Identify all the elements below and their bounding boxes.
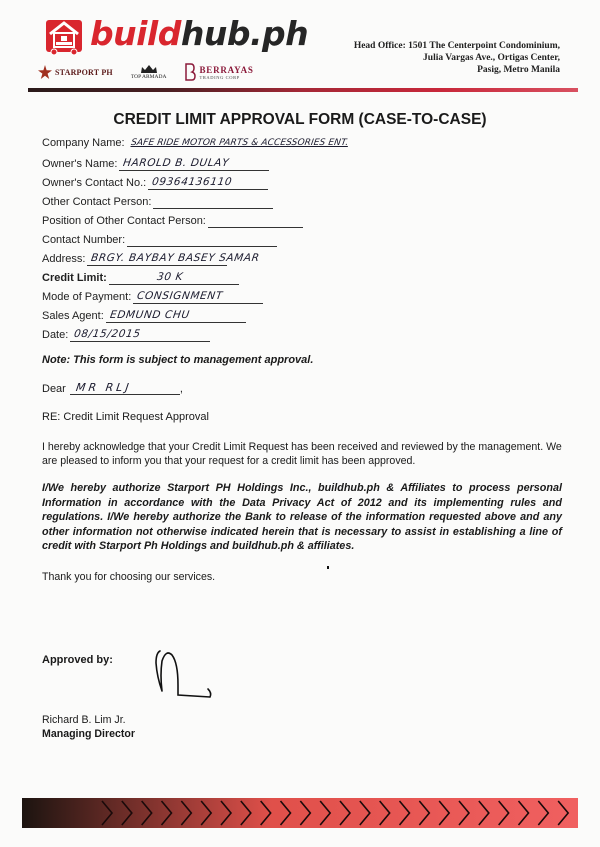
form-field-label: Credit Limit:	[42, 271, 107, 285]
form-field-row: Credit Limit:30 K	[42, 270, 239, 285]
form-field-input[interactable]: 08/15/2015	[70, 327, 210, 342]
form-title: CREDIT LIMIT APPROVAL FORM (CASE-TO-CASE…	[0, 111, 600, 129]
head-office-address: Head Office: 1501 The Centerpoint Condom…	[354, 40, 560, 76]
form-field-row: Sales Agent:EDMUND CHU	[42, 308, 246, 323]
brand-part-build: build	[90, 14, 181, 53]
form-field-label: Company Name:	[42, 136, 125, 150]
form-field-label: Position of Other Contact Person:	[42, 214, 206, 228]
subject-line: RE: Credit Limit Request Approval	[42, 411, 209, 423]
handwritten-value: EDMUND CHU	[109, 308, 191, 322]
signatory-name: Richard B. Lim Jr.	[42, 713, 135, 727]
form-field-input[interactable]	[208, 213, 303, 228]
form-field-row: Other Contact Person:	[42, 194, 273, 209]
signatory-title: Managing Director	[42, 727, 135, 741]
approval-note: Note: This form is subject to management…	[42, 354, 313, 366]
handwritten-value: BRGY. BAYBAY BASEY SAMAR	[90, 251, 261, 265]
affiliate-top-armada: TOP ARMADA	[131, 65, 167, 80]
form-field-input[interactable]: HAROLD B. DULAY	[119, 156, 269, 171]
footer-chevron-bar	[22, 798, 578, 828]
form-field-input[interactable]	[153, 194, 273, 209]
form-field-label: Owner's Contact No.:	[42, 176, 146, 190]
affiliate-starport: STARPORT PH	[38, 65, 113, 79]
form-field-row: Company Name:SAFE RIDE MOTOR PARTS & ACC…	[42, 136, 387, 150]
form-field-input[interactable]: 09364136110	[148, 175, 268, 190]
form-field-row: Owner's Contact No.:09364136110	[42, 175, 268, 190]
brand-logo-text: buildhub.ph	[90, 14, 308, 54]
crown-icon	[140, 65, 158, 74]
form-field-label: Other Contact Person:	[42, 195, 151, 209]
form-field-label: Contact Number:	[42, 233, 125, 247]
header-divider	[28, 88, 578, 92]
authorization-paragraph: I/We hereby authorize Starport PH Holdin…	[42, 481, 562, 554]
form-field-label: Sales Agent:	[42, 309, 104, 323]
salutation: Dear MR RLJ ,	[42, 380, 183, 395]
affiliate-logos: STARPORT PH TOP ARMADA BERRAYASTRADING C…	[38, 60, 254, 84]
starport-star-icon	[38, 65, 52, 79]
form-field-row: Owner's Name:HAROLD B. DULAY	[42, 156, 269, 171]
form-field-row: Mode of Payment:CONSIGNMENT	[42, 289, 263, 304]
form-field-input[interactable]: EDMUND CHU	[106, 308, 246, 323]
form-field-label: Owner's Name:	[42, 157, 117, 171]
handwritten-value: 30 K	[156, 270, 184, 284]
handwritten-value: HAROLD B. DULAY	[122, 156, 230, 170]
salutation-name-field[interactable]: MR RLJ	[70, 380, 180, 395]
handwritten-value: CONSIGNMENT	[136, 289, 224, 303]
form-field-row: Position of Other Contact Person:	[42, 213, 303, 228]
approved-by-label: Approved by:	[42, 654, 113, 666]
form-field-input[interactable]: SAFE RIDE MOTOR PARTS & ACCESSORIES ENT.	[127, 136, 387, 150]
affiliate-berrayas: BERRAYASTRADING CORP	[184, 63, 253, 81]
form-field-row: Date:08/15/2015	[42, 327, 210, 342]
signatory: Richard B. Lim Jr. Managing Director	[42, 713, 135, 741]
buildhub-house-cart-logo-icon	[42, 16, 86, 56]
form-field-label: Mode of Payment:	[42, 290, 131, 304]
form-field-row: Contact Number:	[42, 232, 277, 247]
form-field-input[interactable]	[127, 232, 277, 247]
stray-mark	[327, 566, 329, 569]
handwritten-value: 09364136110	[151, 175, 233, 189]
brand-part-hub: hub.ph	[181, 14, 308, 53]
signature	[150, 645, 220, 705]
handwritten-value: 08/15/2015	[73, 327, 141, 341]
form-field-row: Address:BRGY. BAYBAY BASEY SAMAR	[42, 251, 227, 266]
thank-you-text: Thank you for choosing our services.	[42, 571, 215, 583]
acknowledgement-paragraph: I hereby acknowledge that your Credit Li…	[42, 440, 562, 469]
form-field-label: Address:	[42, 252, 85, 266]
form-field-input[interactable]: 30 K	[109, 270, 239, 285]
form-field-input[interactable]: CONSIGNMENT	[133, 289, 263, 304]
form-field-label: Date:	[42, 328, 68, 342]
berrayas-b-icon	[184, 63, 196, 81]
handwritten-value: SAFE RIDE MOTOR PARTS & ACCESSORIES ENT.	[130, 136, 349, 150]
form-field-input[interactable]: BRGY. BAYBAY BASEY SAMAR	[87, 251, 227, 266]
